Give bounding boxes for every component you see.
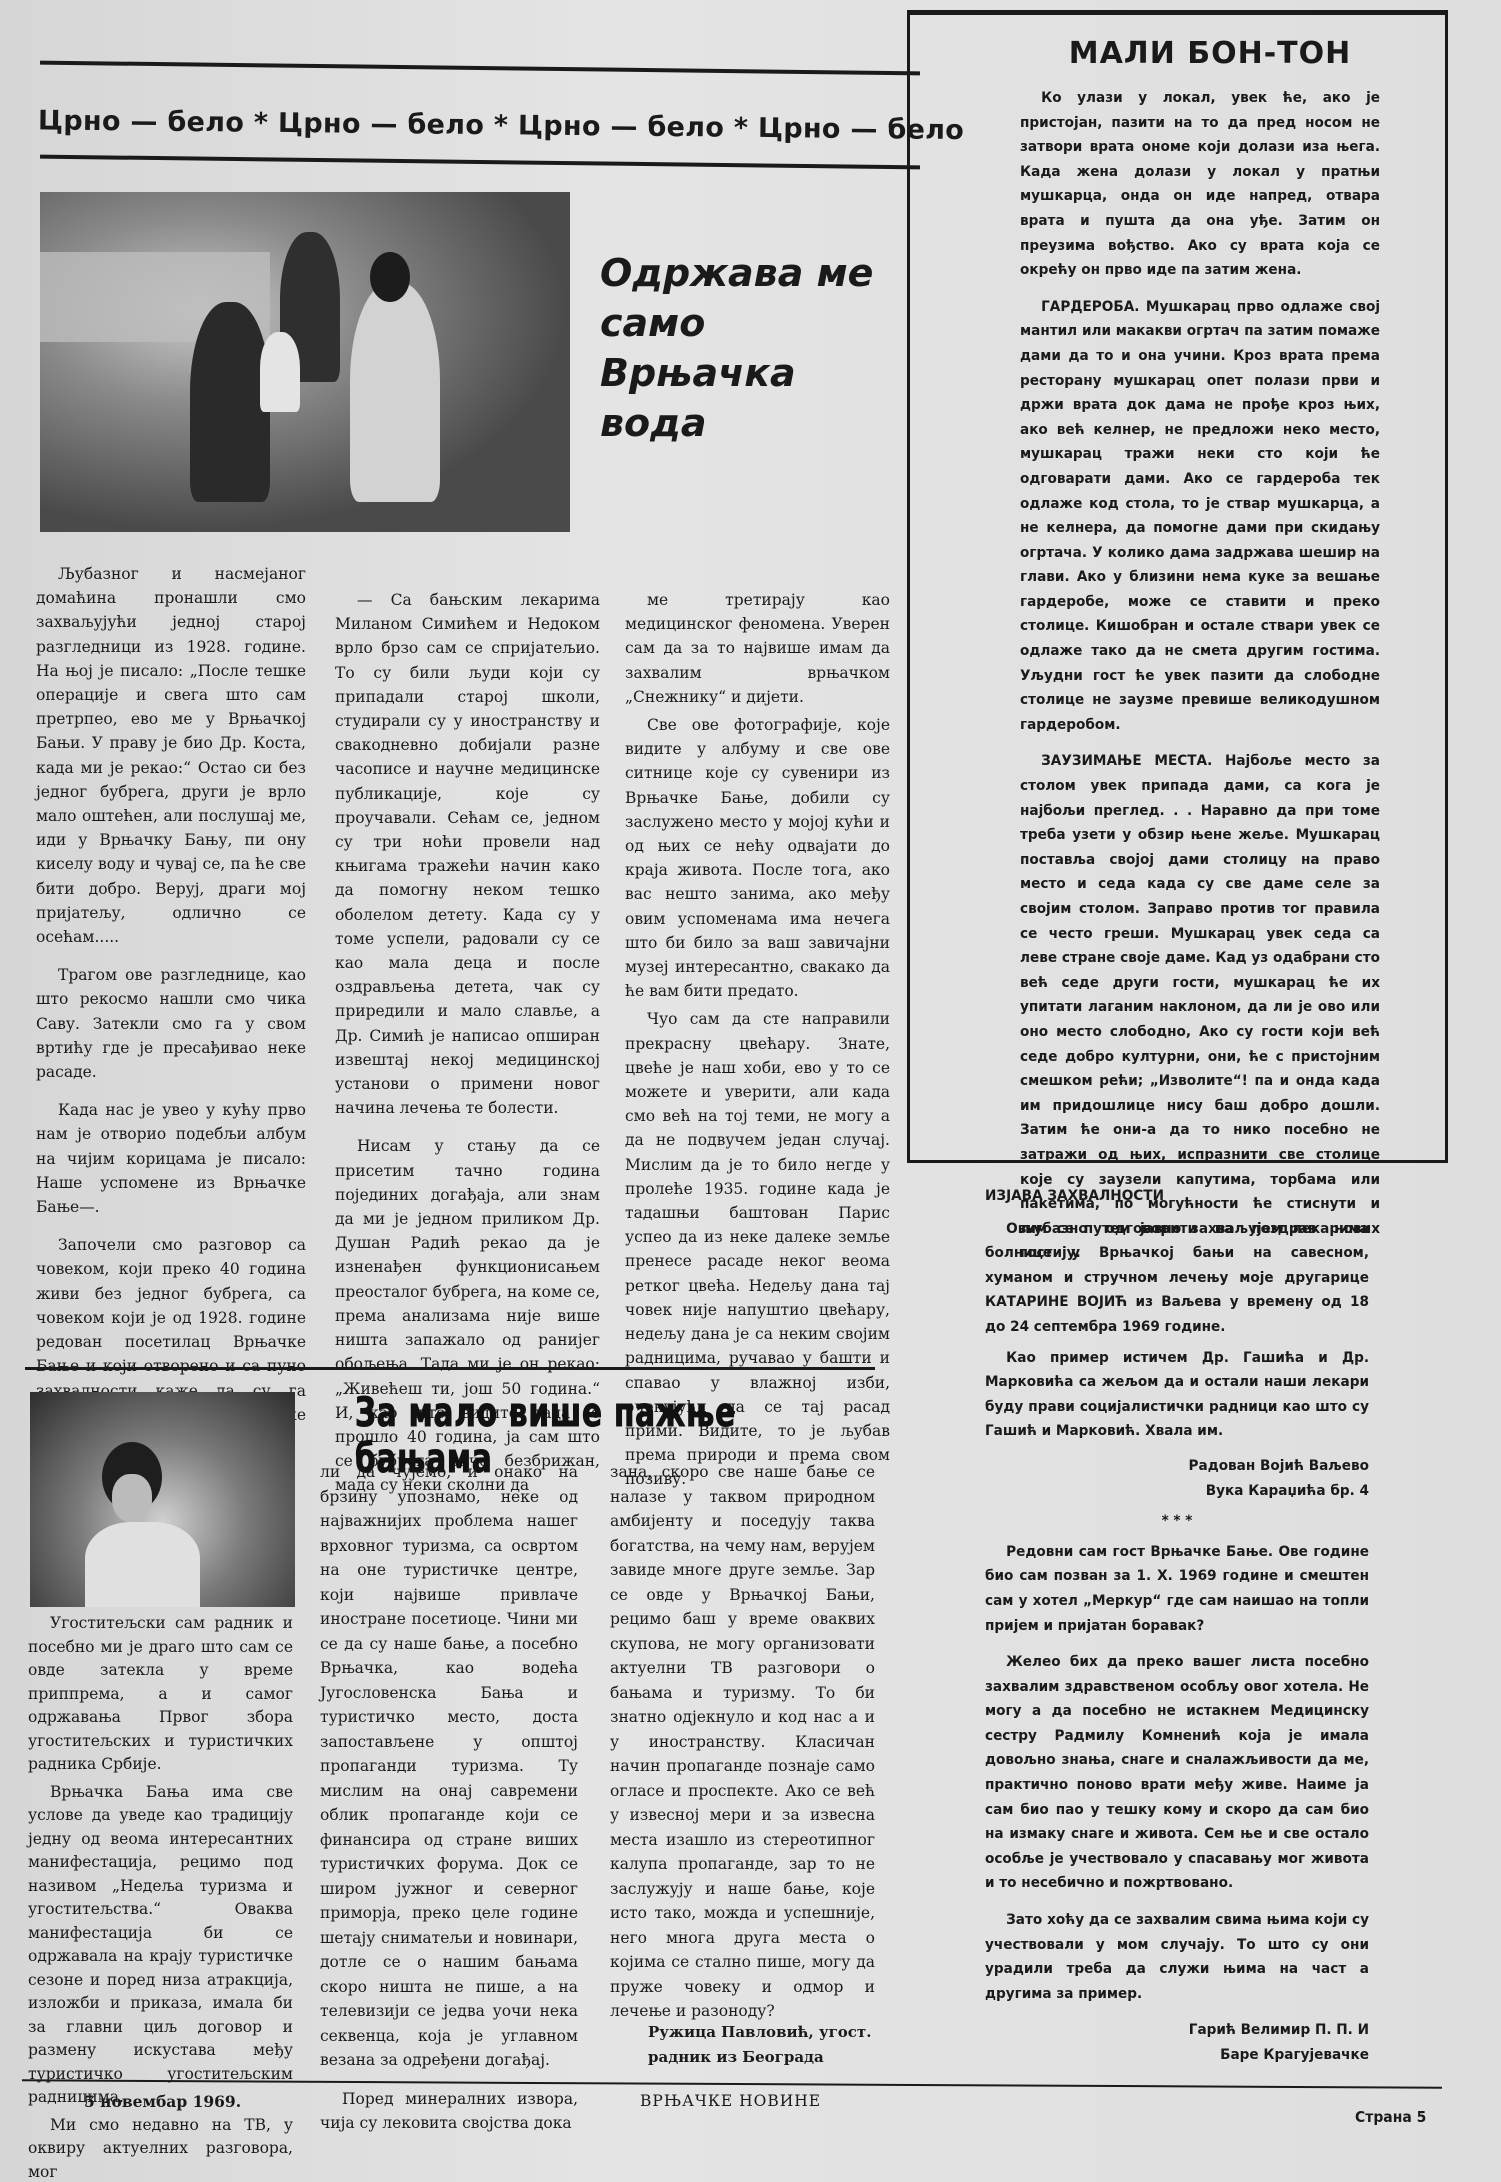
banner-rule-bottom — [40, 155, 920, 170]
signature-line: Радован Војић Ваљево — [985, 1454, 1369, 1479]
paragraph: ГАРДЕРОБА. Мушкарац прво одлаже свој ман… — [1020, 295, 1380, 738]
paragraph: ме третирају као медицинског феномена. У… — [625, 588, 890, 709]
paragraph: Желео бих да преко вашег листа посебно з… — [985, 1650, 1369, 1896]
woman-portrait-photo — [30, 1392, 295, 1607]
paragraph: ли да чујемо, и онако на брзину упознамо… — [320, 1460, 578, 2073]
signature-line: Вука Караџића бр. 4 — [985, 1479, 1369, 1504]
paragraph: — Са бањским лекарима Миланом Симићем и … — [335, 588, 600, 1120]
headline-line: само — [600, 298, 900, 348]
newspaper-page: Црно — бело * Црно — бело * Црно — бело … — [0, 0, 1501, 2182]
paragraph: Врњачка Бања има све услове да уведе као… — [28, 1781, 293, 2110]
article2-column-3: зана, скоро све наше бање се налазе у та… — [610, 1460, 875, 2038]
footer-paper-name: ВРЊАЧКЕ НОВИНЕ — [640, 2092, 821, 2110]
section-banner: Црно — бело * Црно — бело * Црно — бело … — [38, 105, 918, 145]
article1-column-2: — Са бањским лекарима Миланом Симићем и … — [335, 588, 600, 1512]
paragraph: Овим се путем јавно захваљујем лекарима … — [985, 1217, 1369, 1340]
signature-line: Гарић Велимир П. П. И — [985, 2018, 1369, 2043]
signature-line: Баре Крагујевачке — [985, 2043, 1369, 2068]
separator-stars: * * * — [985, 1509, 1369, 1534]
gratitude-section: ИЗЈАВА ЗАХВАЛНОСТИ Овим се путем јавно з… — [985, 1184, 1369, 2068]
paragraph: Када нас је увео у кућу прво нам је отво… — [36, 1098, 306, 1219]
banner-rule-top — [40, 61, 920, 76]
article-separator — [25, 1367, 875, 1370]
paragraph: Љубазног и насмејаног домаћина пронашли … — [36, 562, 306, 949]
paragraph: Редовни сам гост Врњачке Бање. Ове годин… — [985, 1540, 1369, 1638]
headline-line: вода — [600, 398, 900, 448]
sidebar-box-body: Ко улази у локал, увек ће, ако је присто… — [1020, 86, 1380, 1278]
signature-line: Ружица Павловић, угост. — [648, 2020, 871, 2045]
gratitude-heading: ИЗЈАВА ЗАХВАЛНОСТИ — [985, 1184, 1369, 1209]
paragraph: Трагом ове разгледнице, као што рекосмо … — [36, 963, 306, 1084]
paragraph: Зато хоћу да се захвалим свима њима који… — [985, 1908, 1369, 2006]
article1-column-1: Љубазног и насмејаног домаћина пронашли … — [36, 562, 306, 1465]
paragraph: Поред минералних извора, чија су лековит… — [320, 2087, 578, 2136]
footer-page-number: Страна 5 — [1355, 2108, 1426, 2126]
paragraph: Ко улази у локал, увек ће, ако је присто… — [1020, 86, 1380, 283]
article1-headline: Одржава ме само Врњачка вода — [600, 248, 900, 448]
paragraph: Угоститељски сам радник и посебно ми је … — [28, 1612, 293, 1777]
paragraph: Као пример истичем Др. Гашића и Др. Марк… — [985, 1346, 1369, 1444]
paragraph: зана, скоро све наше бање се налазе у та… — [610, 1460, 875, 2024]
sidebar-box-title: МАЛИ БОН-ТОН — [1040, 36, 1380, 71]
article2-column-2: ли да чујемо, и онако на брзину упознамо… — [320, 1460, 578, 2150]
paragraph: Све ове фотографије, које видите у албум… — [625, 713, 890, 1003]
footer-date: 5 новембар 1969. — [84, 2092, 241, 2111]
article2-signature: Ружица Павловић, угост. радник из Београ… — [648, 2020, 871, 2070]
headline-line: Одржава ме — [600, 248, 900, 298]
signature-line: радник из Београда — [648, 2045, 871, 2070]
headline-line: Врњачка — [600, 348, 900, 398]
family-photo — [40, 192, 570, 532]
paragraph: Ми смо недавно на ТВ, у оквиру актуелних… — [28, 2114, 293, 2182]
